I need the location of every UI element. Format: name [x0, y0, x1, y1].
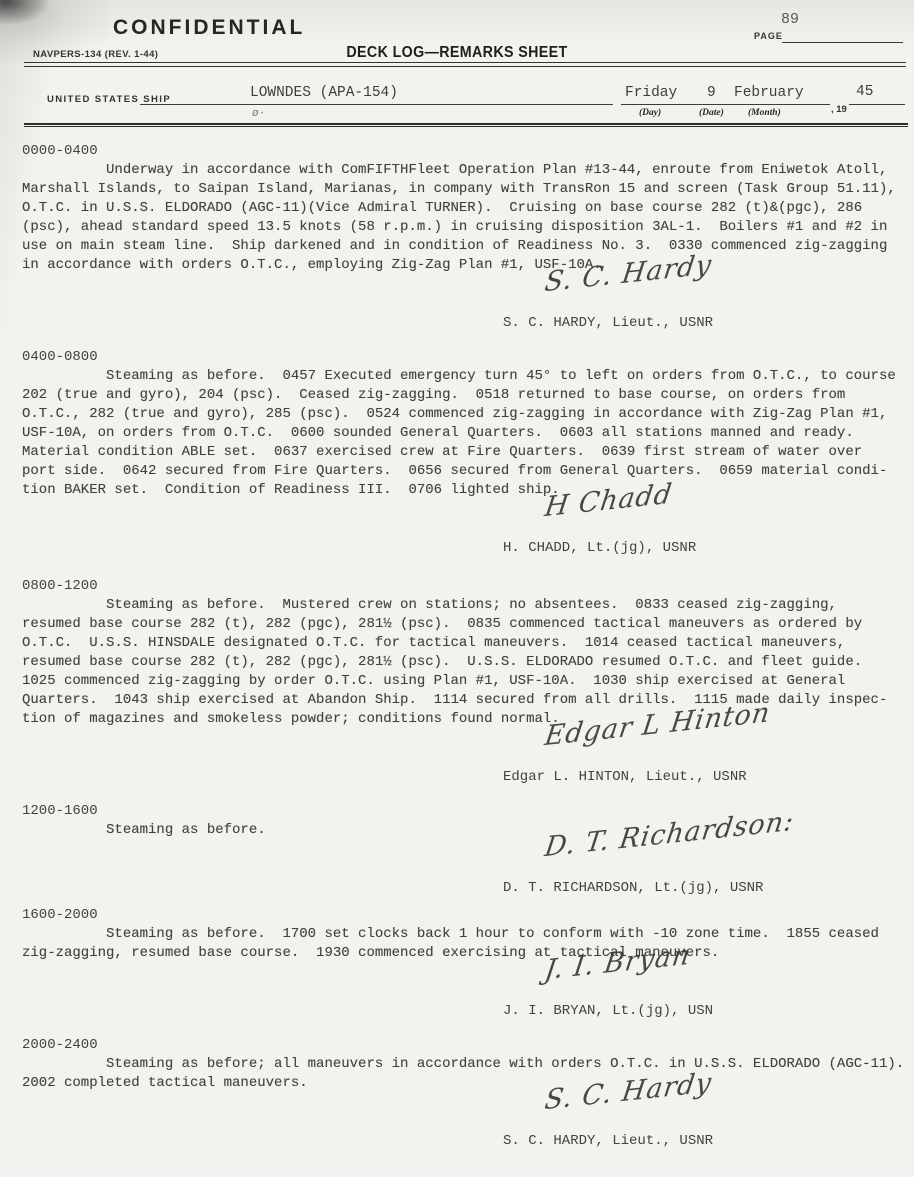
- deck-log-page: CONFIDENTIAL 89 PAGE NAVPERS-134 (REV. 1…: [0, 0, 914, 1177]
- classification-stamp: CONFIDENTIAL: [113, 16, 305, 40]
- sheet-title: DECK LOG—REMARKS SHEET: [37, 44, 878, 62]
- typed-signature: S. C. HARDY, Lieut., USNR: [503, 1132, 713, 1151]
- ship-name: LOWNDES (APA-154): [250, 85, 398, 101]
- typed-signature: S. C. HARDY, Lieut., USNR: [503, 314, 713, 333]
- year-prefix: , 19: [831, 104, 847, 115]
- entry-time-range: 0400-0800: [22, 348, 896, 367]
- year-underline: [849, 104, 905, 105]
- log-entry-1200-1600: 1200-1600 Steaming as before. D. T. Rich…: [22, 802, 896, 901]
- stray-pen-mark: ø·: [252, 108, 265, 120]
- page-label: PAGE: [754, 31, 783, 41]
- signature-block: S. C. Hardy S. C. HARDY, Lieut., USNR: [503, 1095, 896, 1154]
- log-entry-0000-0400: 0000-0400 Underway in accordance with Co…: [22, 142, 896, 336]
- date-day-value: Friday: [625, 85, 677, 101]
- signature-block: J. I. Bryan J. I. BRYAN, Lt.(jg), USN: [503, 965, 896, 1024]
- log-entry-2000-2400: 2000-2400 Steaming as before; all maneuv…: [22, 1036, 896, 1154]
- page-number: 89: [781, 11, 799, 28]
- date-field-label: (Date): [699, 108, 724, 118]
- entry-remarks-text: Underway in accordance with ComFIFTHFlee…: [22, 161, 896, 275]
- typed-signature: J. I. BRYAN, Lt.(jg), USN: [503, 1002, 713, 1021]
- header-double-rule: [24, 62, 906, 67]
- signature-block: Edgar L Hinton Edgar L. HINTON, Lieut., …: [503, 731, 896, 790]
- signature-block: D. T. Richardson: D. T. RICHARDSON, Lt.(…: [503, 842, 896, 901]
- entry-remarks-text: Steaming as before. 0457 Executed emerge…: [22, 367, 896, 500]
- date-date-value: 9: [707, 85, 716, 101]
- entry-remarks-text: Steaming as before. 1700 set clocks back…: [22, 925, 896, 963]
- entry-remarks-text: Steaming as before; all maneuvers in acc…: [22, 1055, 896, 1093]
- typed-signature: D. T. RICHARDSON, Lt.(jg), USNR: [503, 879, 763, 898]
- date-underline: [621, 104, 830, 105]
- date-month-value: February: [734, 85, 804, 101]
- entry-time-range: 0000-0400: [22, 142, 896, 161]
- typed-signature: H. CHADD, Lt.(jg), USNR: [503, 539, 696, 558]
- month-field-label: (Month): [748, 108, 781, 118]
- header-bottom-rule: [24, 123, 908, 127]
- entry-time-range: 2000-2400: [22, 1036, 896, 1055]
- signature-block: S. C. Hardy S. C. HARDY, Lieut., USNR: [503, 277, 896, 336]
- year-value: 45: [856, 84, 873, 100]
- log-entries: 0000-0400 Underway in accordance with Co…: [22, 142, 896, 1166]
- log-entry-0800-1200: 0800-1200 Steaming as before. Mustered c…: [22, 577, 896, 790]
- page-number-underline: [782, 42, 903, 43]
- typed-signature: Edgar L. HINTON, Lieut., USNR: [503, 768, 747, 787]
- ship-name-underline: [140, 104, 613, 105]
- log-entry-1600-2000: 1600-2000 Steaming as before. 1700 set c…: [22, 906, 896, 1024]
- day-field-label: (Day): [639, 108, 661, 118]
- log-entry-0400-0800: 0400-0800 Steaming as before. 0457 Execu…: [22, 348, 896, 561]
- entry-time-range: 0800-1200: [22, 577, 896, 596]
- entry-time-range: 1600-2000: [22, 906, 896, 925]
- signature-block: H Chadd H. CHADD, Lt.(jg), USNR: [503, 502, 896, 561]
